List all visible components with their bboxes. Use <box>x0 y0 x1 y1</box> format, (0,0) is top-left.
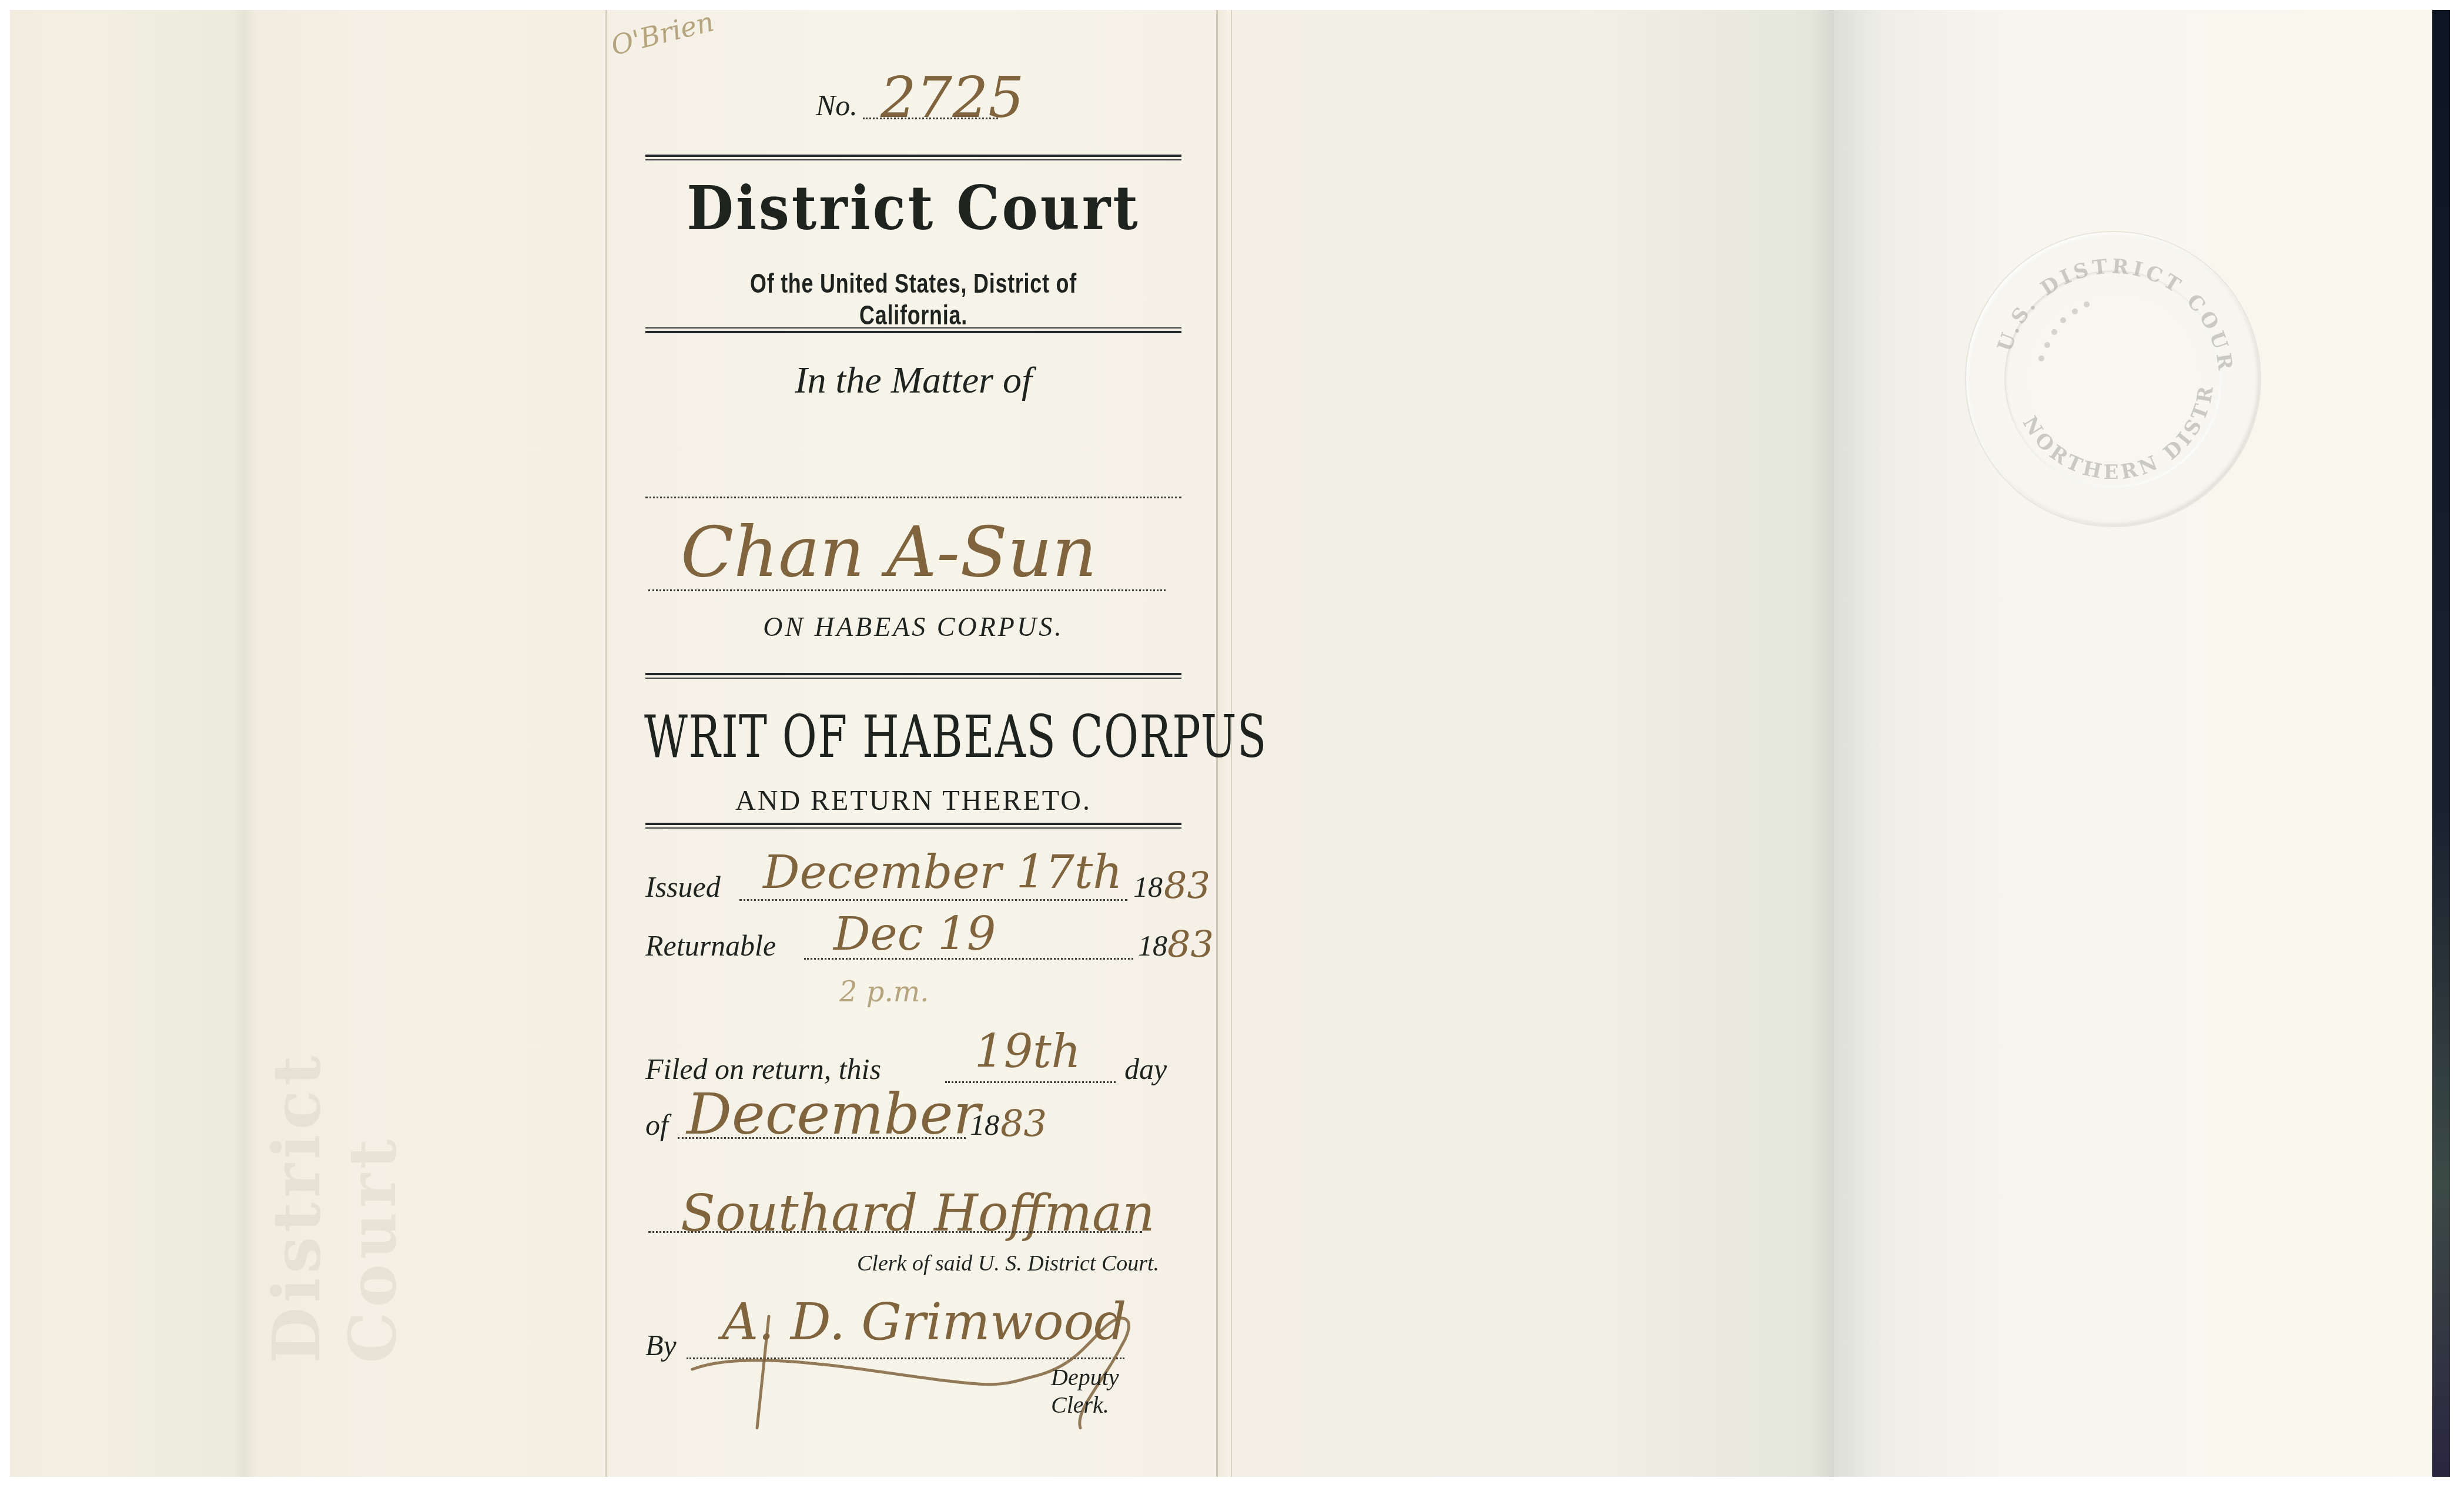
returnable-date: Dec 19 <box>833 908 996 961</box>
case-number: 2725 <box>881 65 1024 130</box>
returnable-label: Returnable <box>645 928 776 963</box>
returnable-time: 2 p.m. <box>839 976 929 1008</box>
court-subtitle: Of the United States, District of Califo… <box>704 267 1122 331</box>
clerk-signature: Southard Hoffman <box>681 1184 1155 1243</box>
court-name: District Court <box>645 173 1181 244</box>
issued-year-suffix: 83 <box>1164 864 1210 907</box>
clerk-title: Clerk of said U. S. District Court. <box>857 1251 1159 1276</box>
scanner-backing <box>2431 10 2450 1477</box>
seal-lettering: U.S. DISTRICT COURT NORTHERN DISTRICT <box>1966 232 2260 526</box>
filed-of-label: of <box>645 1108 668 1142</box>
party-line-top <box>645 497 1181 498</box>
writ-title: WRIT OF HABEAS CORPUS <box>644 702 1183 771</box>
double-rule <box>645 155 1181 160</box>
double-rule <box>645 327 1181 333</box>
svg-text:U.S. DISTRICT COURT: U.S. DISTRICT COURT <box>1966 232 2237 374</box>
middle-blank-panel <box>1232 10 1834 1477</box>
filed-day: 19th <box>975 1025 1081 1078</box>
filed-month: December <box>687 1081 980 1147</box>
deputy-title: Deputy Clerk. <box>1051 1363 1181 1419</box>
issued-date: December 17th <box>763 846 1123 899</box>
scanned-document: District Court U.S. DISTRICT COURT NORTH… <box>0 0 2464 1495</box>
double-rule <box>645 823 1181 829</box>
embossed-court-seal: U.S. DISTRICT COURT NORTHERN DISTRICT <box>1966 232 2260 526</box>
filed-year-prefix: 18 <box>970 1108 999 1142</box>
issued-year-prefix: 18 <box>1133 870 1163 904</box>
filed-year-suffix: 83 <box>1000 1102 1047 1145</box>
issued-line <box>739 899 1127 901</box>
returnable-year-prefix: 18 <box>1138 928 1167 963</box>
party-line-bottom <box>648 589 1166 591</box>
clerk-signature-line <box>648 1231 1142 1233</box>
case-number-label: No. <box>816 88 858 122</box>
bleed-through-text: District Court <box>259 917 329 1363</box>
proceeding-type: ON HABEAS CORPUS. <box>645 611 1181 642</box>
returnable-year-suffix: 83 <box>1167 923 1214 966</box>
filed-day-label: day <box>1124 1052 1167 1086</box>
party-name: Chan A-Sun <box>681 511 1097 592</box>
matter-label: In the Matter of <box>645 358 1181 402</box>
writ-cover-text: O'Brien No. 2725 District Court Of the U… <box>645 0 1181 1495</box>
right-blank-panel <box>1834 10 2432 1477</box>
writ-subtitle: AND RETURN THERETO. <box>645 785 1181 817</box>
fold-crease <box>233 10 257 1477</box>
double-rule <box>645 673 1181 679</box>
svg-text:NORTHERN DISTRICT: NORTHERN DISTRICT <box>1966 232 2219 484</box>
issued-label: Issued <box>645 870 721 904</box>
